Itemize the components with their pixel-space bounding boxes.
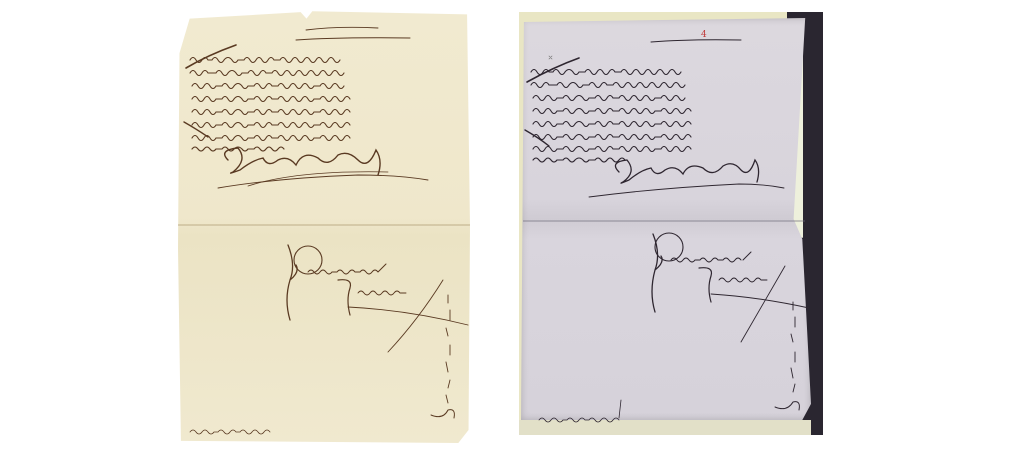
fold-crease [523, 220, 805, 222]
signature-text: Yo la Reyna [178, 10, 179, 11]
heading-text: la Reyna [178, 10, 179, 11]
paper-sheet [521, 18, 811, 420]
manuscript-photo-right: 4 [519, 12, 823, 435]
paper-bottom-edge [519, 420, 811, 435]
body-line: mi presidente e oydores de la mi audienc… [0, 0, 1, 1]
page-marker: 4 [701, 30, 707, 40]
fold-crease [178, 224, 470, 226]
manuscript-transcription: mi presidente e oydores de la mi audienc… [0, 0, 1, 1]
paper-sheet [178, 10, 470, 443]
manuscript-photo-left: la Reyna Yo la Reyna [178, 10, 470, 443]
